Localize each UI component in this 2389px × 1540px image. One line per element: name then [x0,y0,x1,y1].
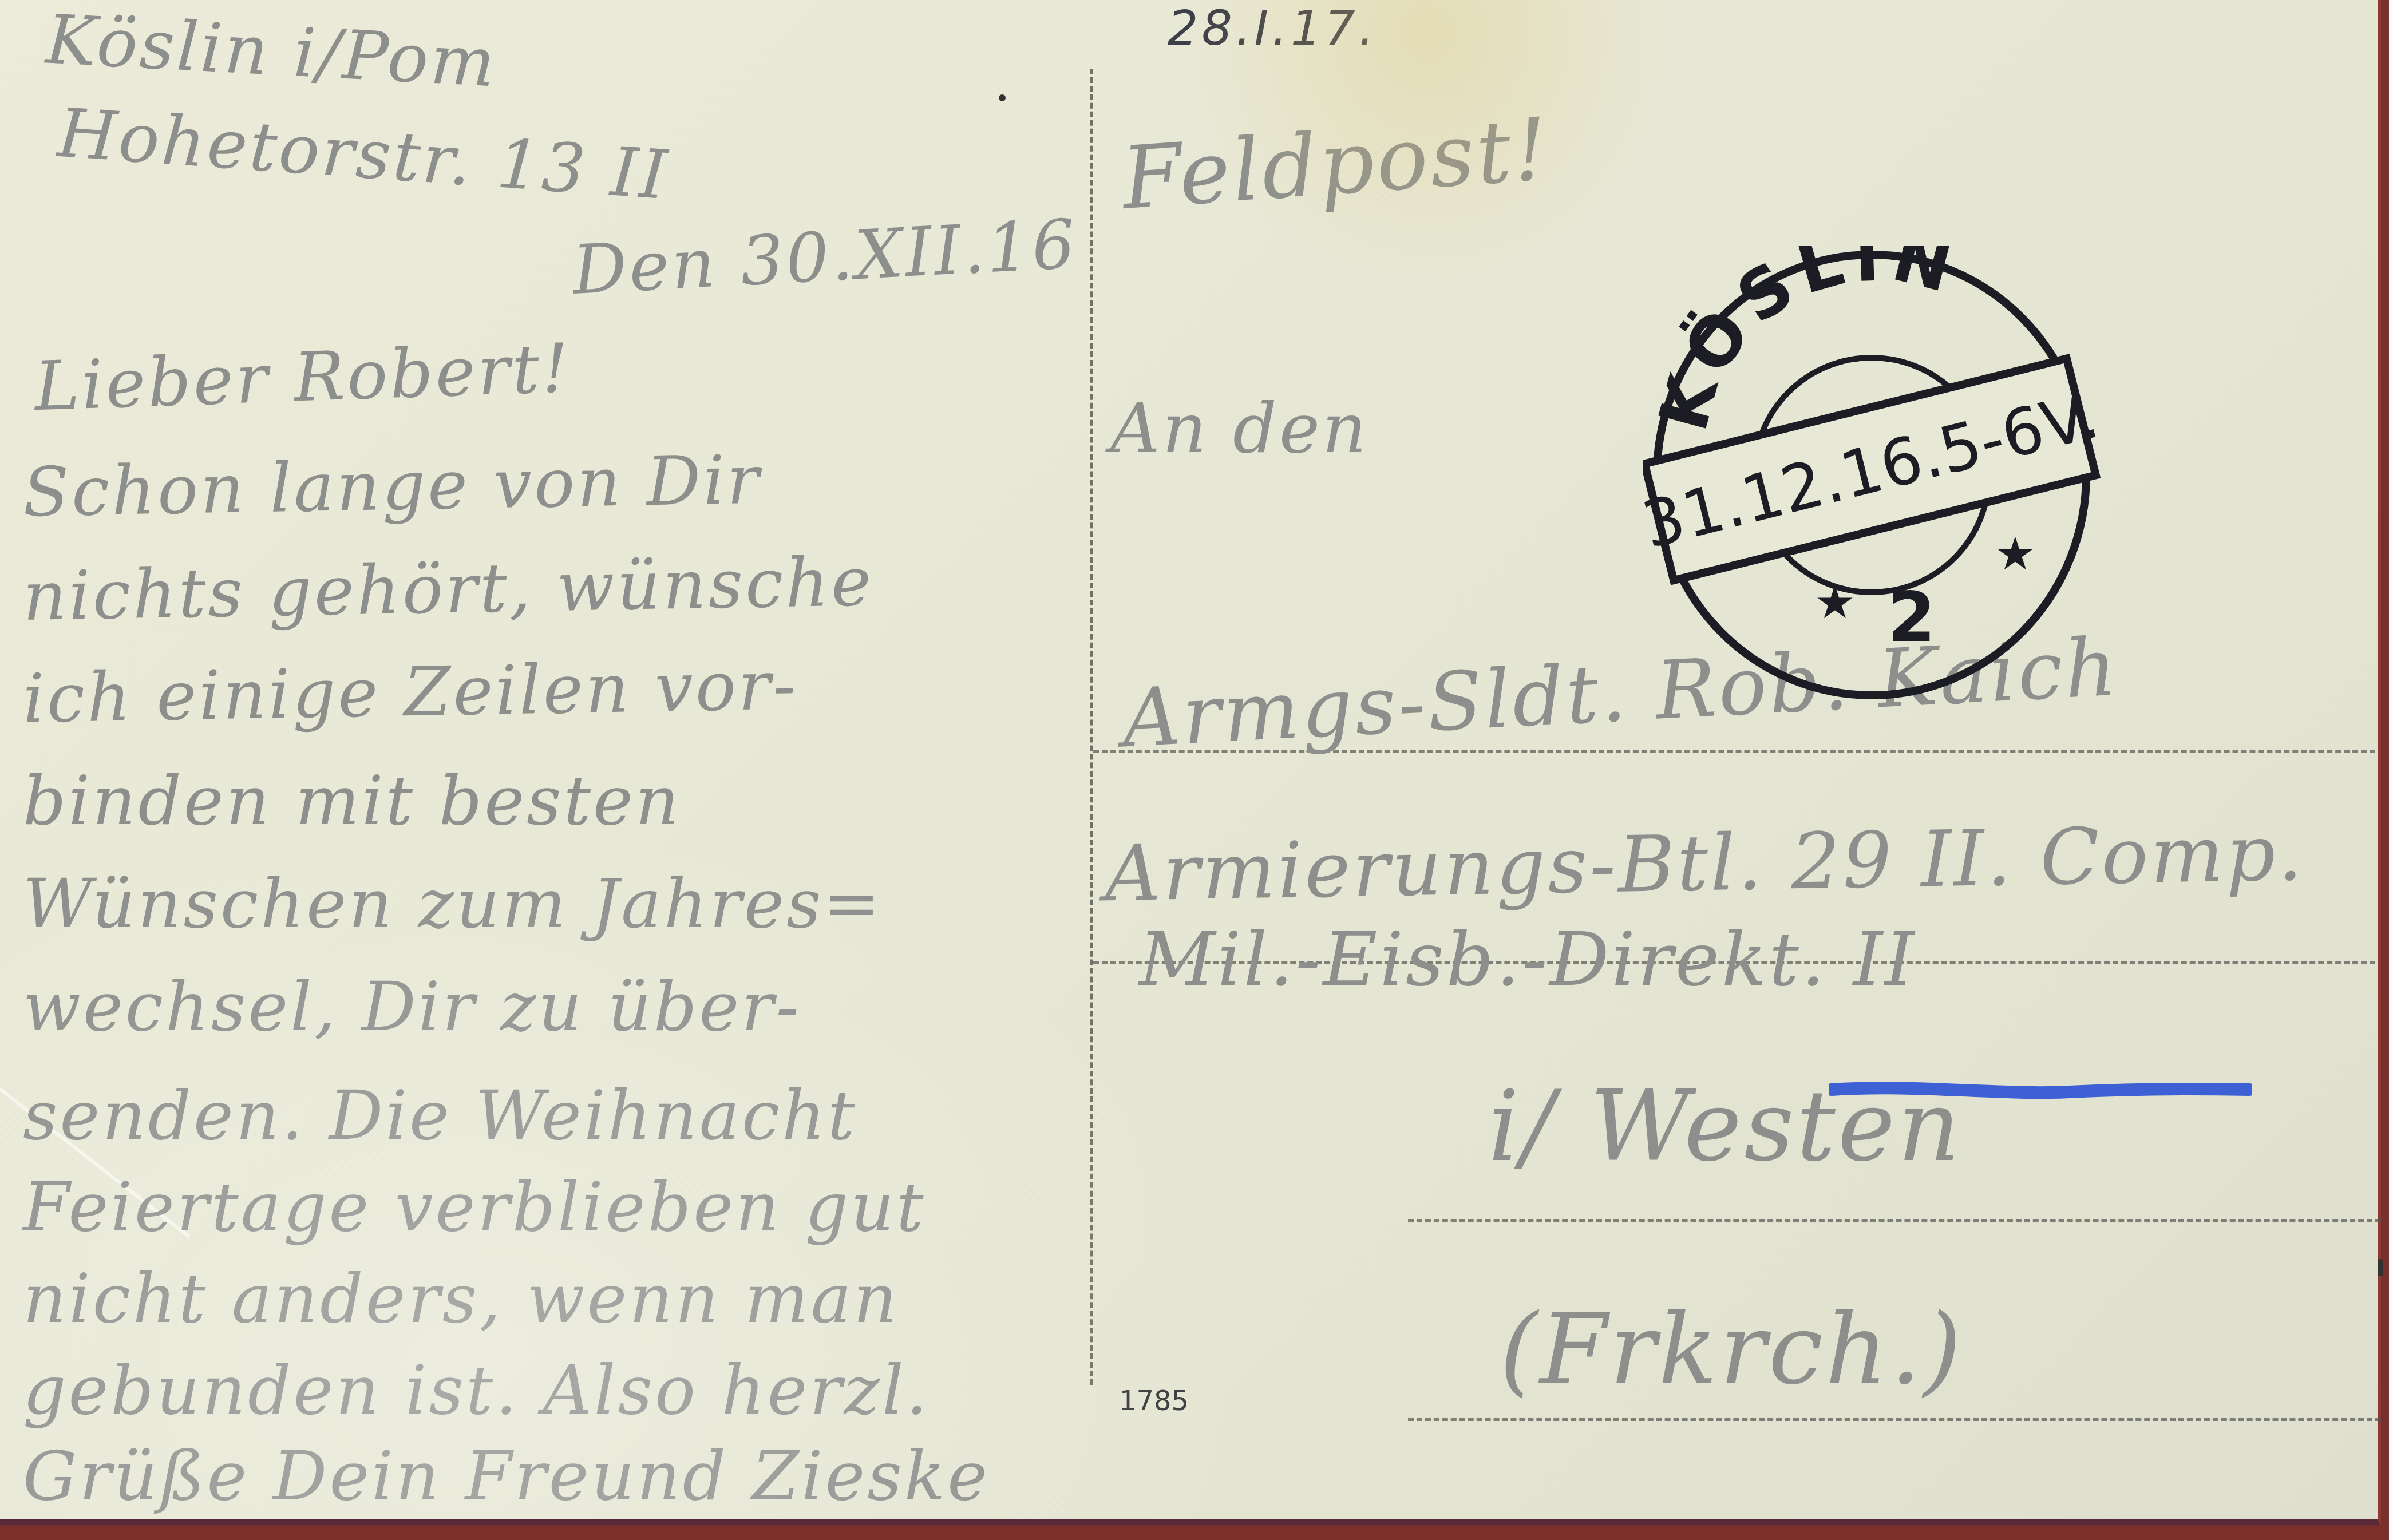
message-line: ich einige Zeilen vor- [22,646,798,738]
message-line: nichts gehört, wünsche [22,542,874,636]
blue-pencil-mark [1829,1082,2252,1099]
sender-address-line-2: Hohetorstr. 13 II [55,93,671,215]
center-divider [1090,69,1093,1385]
recipient-line-2: Armierungs-Btl. 29 II. Comp. [1104,808,2305,919]
sender-address-line-1: Köslin i/Pom [44,0,499,102]
message-line: nicht anders, wenn man [23,1259,899,1338]
recipient-line-3: Mil.-Eisb.-Direkt. II [1139,916,1916,1003]
ink-speck [2378,1259,2383,1276]
message-line: Schon lange von Dir [22,440,762,532]
postcard: 28.I.17. Köslin i/Pom Hohetorstr. 13 II … [0,0,2381,1525]
address-prefix: An den [1110,389,1368,469]
printer-number: 1785 [1119,1385,1189,1417]
message-line: senden. Die Weihnacht [23,1076,857,1155]
postmark: KÖSLIN 31.12.16.5-6V. 2 ★ ★ [1643,246,2101,704]
postmark-office-number: 2 [1888,578,1936,658]
archive-date-note: 28.I.17. [1168,0,1378,56]
letter-date: Den 30.XII.16 [571,204,1079,310]
message-line: Feiertage verblieben gut [23,1167,925,1246]
salutation: Lieber Robert! [33,328,572,426]
feldpost-header: Feldpost! [1119,100,1553,229]
postmark-star-left: ★ [1814,576,1856,629]
postmark-star-right: ★ [1995,527,2036,580]
message-line: wechsel, Dir zu über- [23,967,801,1046]
message-line: Wünschen zum Jahres= [23,864,882,943]
address-rule [1408,1418,2381,1421]
message-line: gebunden ist. Also herzl. [23,1351,930,1430]
ink-speck [999,94,1006,101]
message-line: binden mit besten [23,761,681,840]
recipient-line-5: (Frkrch.) [1500,1293,1964,1407]
address-rule [1408,1219,2381,1222]
message-line: Grüße Dein Freund Zieske [23,1436,990,1515]
